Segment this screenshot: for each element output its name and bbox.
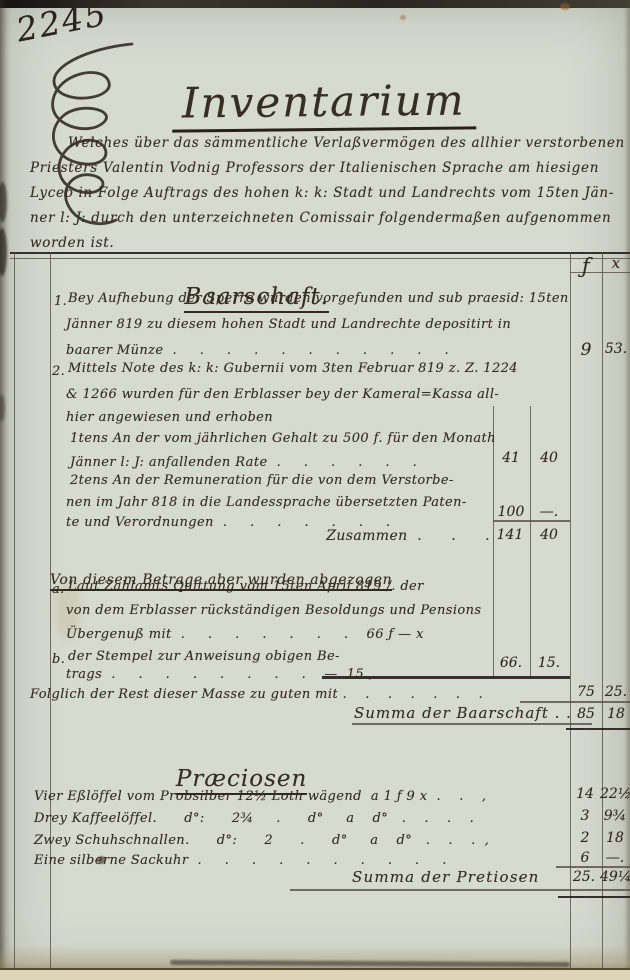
subamount-kreuzer: 40 [531,450,567,466]
amount-kreuzer: 49¼ [600,869,630,885]
bottom-smudge [170,960,570,967]
amount-kreuzer: 18 [602,706,630,722]
amount-florin: 85 [571,706,601,722]
table-rule [493,520,570,522]
amount-florin: 14 [569,786,601,802]
subitem-line: 2tens An der Remuneration für die von de… [70,470,454,492]
florin-column-header: ƒ [570,254,602,278]
amount-florin: 6 [569,850,601,866]
subitem-line: nen im Jahr 818 in die Landessprache übe… [66,492,467,514]
table-rule [290,889,630,891]
table-rule [566,728,630,730]
intro-line: ner l: J: durch den unterzeichneten Comi… [30,206,626,231]
table-rule [556,866,630,868]
paper-stain [400,15,406,20]
subamount-kreuzer: 15. [531,655,567,671]
item-number: a. [52,579,65,601]
intro-line: Priesters Valentin Vodnig Professors der… [30,156,626,181]
paper-stain [560,3,570,10]
kreuzer-column-header: x [602,254,630,272]
page-title-text: Inventarium [172,75,476,132]
item-line: von dem Erblasser rückständigen Besoldun… [66,600,481,622]
amount-kreuzer: 9¾ [600,808,630,824]
table-rule [14,252,15,970]
item-line: trags . . . . . . . . —. 15 , [66,664,373,686]
amount-florin: 25. [566,869,602,885]
amount-florin: 3 [569,808,601,824]
subitem-line: 1tens An der vom jährlichen Gehalt zu 50… [70,428,496,450]
intro-line: Welches über das sämmentliche Verlaßverm… [30,131,626,156]
edge-fray [0,395,5,421]
item-line: Jänner 819 zu diesem hohen Stadt und Lan… [66,314,511,336]
item-line: Vier Eßlöffel vom Probsilber 12½ Loth wä… [34,786,486,808]
item-number: b. [52,649,65,671]
edge-fray [0,228,7,276]
item-line: hier angewiesen und erhoben [66,407,273,429]
edge-fray [0,182,7,222]
summa-baarschaft-label: Summa der Baarschaft . . [354,704,572,722]
table-rule [520,701,630,703]
item-number: 2. [52,361,65,383]
item-line: & 1266 wurden für den Erblasser bey der … [66,384,499,406]
intro-line: Lyceo in Folge Auftrags des hohen k: k: … [30,181,626,206]
page-edge-bottom-tan [0,946,630,970]
amount-kreuzer: —. [600,850,630,866]
table-rule [10,252,630,254]
amount-kreuzer: 53. [602,341,630,357]
item-line: Laut Zahlamts Quittung vom 15ten April 8… [68,576,424,598]
rest-line: Folglich der Rest dieser Masse zu guten … [30,684,483,706]
amount-florin: 2 [569,830,601,846]
item-line: Zwey Schuhschnallen. d°: 2 . d° a d° . .… [34,830,489,852]
amount-florin: 75 [571,684,601,700]
intro-paragraph: Welches über das sämmentliche Verlaßverm… [30,131,626,256]
item-line: Mittels Note des k: k: Gubernii vom 3ten… [68,358,518,380]
summa-praeciosen-label: Summa der Pretiosen [352,868,540,886]
subamount-kreuzer: —. [531,504,567,520]
table-rule [558,896,630,898]
item-line: Übergenuß mit . . . . . . . 66 ƒ — x [66,624,424,646]
subamount-florin: 100 [494,504,528,520]
item-line: Bey Aufhebung der Sperre wurden vorgefun… [68,288,569,310]
subamount-florin: 141 [492,527,528,543]
zusammen-label: Zusammen . . . [300,528,490,544]
amount-kreuzer: 18 [600,830,630,846]
item-number: 1. [54,291,67,313]
subamount-kreuzer: 40 [531,527,567,543]
amount-florin: 9 [571,340,601,360]
page-edge-left [0,0,11,980]
item-line: Drey Kaffeelöffel. d°: 2¾ . d° a d° . . … [34,808,474,830]
table-rule [352,723,592,725]
page-edge-bottom-strip [0,968,630,980]
document-page: 2245 Inventarium Welches über das sämmen… [0,0,630,980]
subamount-florin: 66. [494,655,528,671]
amount-kreuzer: 25. [602,684,630,700]
amount-kreuzer: 22½ [600,786,630,802]
subamount-florin: 41 [494,450,528,466]
